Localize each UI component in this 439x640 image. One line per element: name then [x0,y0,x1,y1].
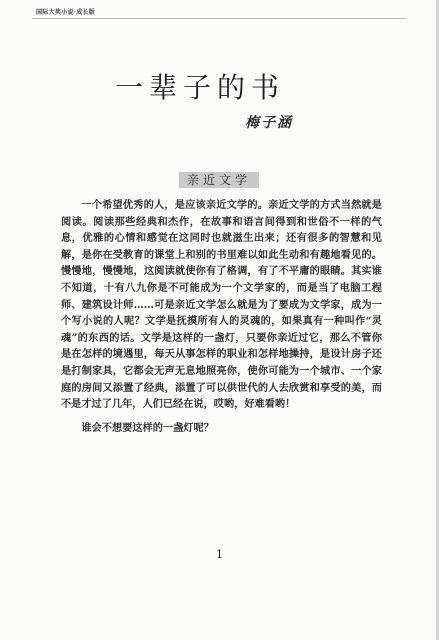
section-heading: 亲近文学 [179,172,259,188]
book-page: 国际大奖小说·成长版 一辈子的书 梅子涵 亲近文学 一个希望优秀的人，是应该亲近… [0,0,439,640]
author-name: 梅子涵 [245,112,293,132]
page-title: 一辈子的书 [115,66,285,106]
header-rule [32,18,406,19]
page-number: 1 [216,548,223,561]
paragraph: 一个希望优秀的人，是应该亲近文学的。亲近文学的方式当然就是阅读。阅读那些经典和杰… [61,197,382,413]
running-head: 国际大奖小说·成长版 [36,7,95,16]
paragraph: 谁会不想要这样的一盏灯呢？ [61,420,382,437]
body-text: 一个希望优秀的人，是应该亲近文学的。亲近文学的方式当然就是阅读。阅读那些经典和杰… [61,197,382,436]
